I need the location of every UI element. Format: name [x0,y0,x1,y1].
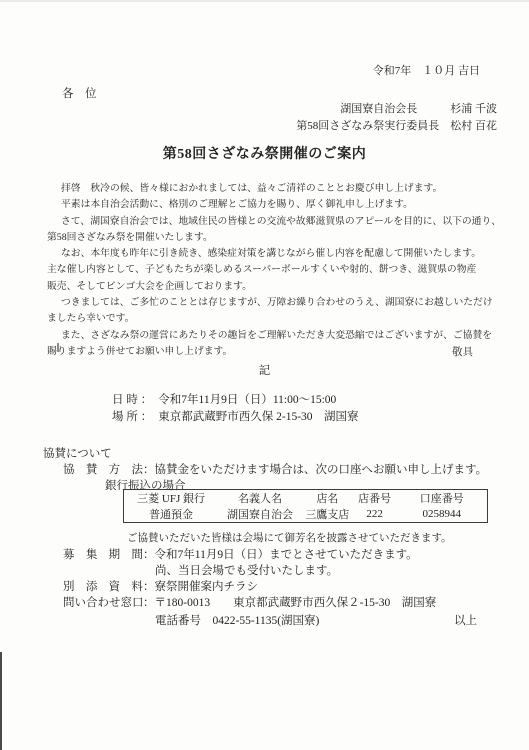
body-line: ましたら幸いです。 [47,311,493,327]
account-holder-header: 名義人名 [218,490,302,507]
account-holder-cell: 湖国寮自治会 [218,506,302,523]
attachment-value: ：寮祭開催案内チラシ [143,581,258,593]
record-marker-ki: 記 [0,362,529,378]
sender-committee-chair: 第58回さざなみ祭実行委員長 松村 百花 [296,117,497,133]
contact-value: ：〒180-0013 東京都武蔵野市西久保２-15-30 湖国寮 [143,597,436,609]
branch-name-cell: 三鷹支店 [302,506,353,523]
document-date: 令和7年 １０月 吉日 [373,62,480,78]
end-marker-ijou: 以上 [454,612,477,628]
scanned-letter-page: 令和7年 １０月 吉日 各 位 湖国寮自治会長 杉浦 千波 第58回さざなみ祭実… [0,0,529,750]
sponsorship-method-line: 協賛方法：協賛金をいただけます場合は、次の口座へお願い申し上げます。 [63,461,487,477]
closing-keigu: 敬具 [452,344,473,359]
period-note-line: 尚、当日会場でも受付いたします。 [155,562,338,578]
account-number-cell: 0258944 [396,506,487,523]
bank-name-header: 三菱 UFJ 銀行 [124,490,219,507]
body-line: なお、本年度も昨年に引き続き、感染症対策を講じながら催し内容を配慮して開催いたし… [47,246,493,262]
body-line: 賜りますよう併せてお願い申し上げます。 [47,344,493,360]
bank-account-table: 三菱 UFJ 銀行 名義人名 店名 店番号 口座番号 普通預金 湖国寮自治会 三… [123,489,488,523]
letter-body: 拝啓 秋冷の候、皆々様におかれましては、益々ご清祥のこととお慶び申し上げます。 … [47,181,493,360]
sponsorship-heading: 協賛について [43,445,112,461]
period-value: ：令和7年11月9日（日）までとさせていただきます。 [143,549,418,561]
attachment-line: 別添資料：寮祭開催案内チラシ [63,578,258,594]
scan-left-edge [0,652,2,750]
body-line: 平素は本自治会活動に、格別のご理解とご協力を賜り、厚く御礼申し上げます。 [47,197,493,213]
method-label: 協賛方法 [63,461,143,477]
sender-chairperson: 湖国寮自治会長 杉浦 千波 [340,100,497,116]
datetime-value: 令和7年11月9日（日）11:00～15:00 [158,394,336,406]
body-line: 主な催し内容として、子どもたちが楽しめるスーパーボールすくいや射的、餅つき、滋賀… [47,262,493,278]
body-line: つきましては、ご多忙のこととは存じますが、万障お繰り合わせのうえ、湖国寮にお越し… [47,295,493,311]
document-title: 第58回さざなみ祭開催のご案内 [0,143,529,163]
account-type-cell: 普通預金 [124,506,219,523]
account-number-header: 口座番号 [396,490,487,507]
method-value: ：協賛金をいただけます場合は、次の口座へお願い申し上げます。 [143,464,487,476]
event-datetime-line: 日 時 ：令和7年11月9日（日）11:00～15:00 [112,391,336,407]
addressee: 各 位 [62,85,97,101]
contact-line: 問い合わせ窓口：〒180-0013 東京都武蔵野市西久保２-15-30 湖国寮 [63,594,436,610]
place-label: 場 所 ： [112,411,152,423]
contact-phone-line: 電話番号 0422-55-1135(湖国寮) [155,612,319,628]
branch-number-cell: 222 [353,506,397,523]
body-line: 拝啓 秋冷の候、皆々様におかれましては、益々ご清祥のこととお慶び申し上げます。 [47,181,493,197]
body-line: また、さざなみ祭の運営にあたりその趣旨をご理解いただき大変恐縮ではございますが、… [47,328,493,344]
datetime-label: 日 時 ： [112,394,152,406]
body-line: 販売、そしてビンゴ大会を企画しております。 [47,279,493,295]
branch-number-header: 店番号 [353,490,397,507]
sponsorship-note: ご協賛いただいた皆様は会場にて御芳名を披露させていただきます。 [127,530,452,545]
place-value: 東京都武蔵野市西久保 2-15-30 湖国寮 [158,411,358,423]
attachment-label: 別添資料 [63,578,143,594]
body-line: さて、湖国寮自治会では、地域住民の皆様との交流や故郷滋賀県のアピールを目的に、以… [47,214,493,230]
branch-name-header: 店名 [302,490,353,507]
body-line: 第58回さざなみ祭を開催いたします。 [47,230,493,246]
period-label: 募集期間 [63,546,143,562]
recruitment-period-line: 募集期間：令和7年11月9日（日）までとさせていただきます。 [63,546,418,562]
event-place-line: 場 所 ：東京都武蔵野市西久保 2-15-30 湖国寮 [112,408,359,424]
table-row: 普通預金 湖国寮自治会 三鷹支店 222 0258944 [124,506,488,523]
contact-label: 問い合わせ窓口 [63,594,143,610]
table-row: 三菱 UFJ 銀行 名義人名 店名 店番号 口座番号 [124,490,488,507]
scan-top-edge [0,0,529,2]
